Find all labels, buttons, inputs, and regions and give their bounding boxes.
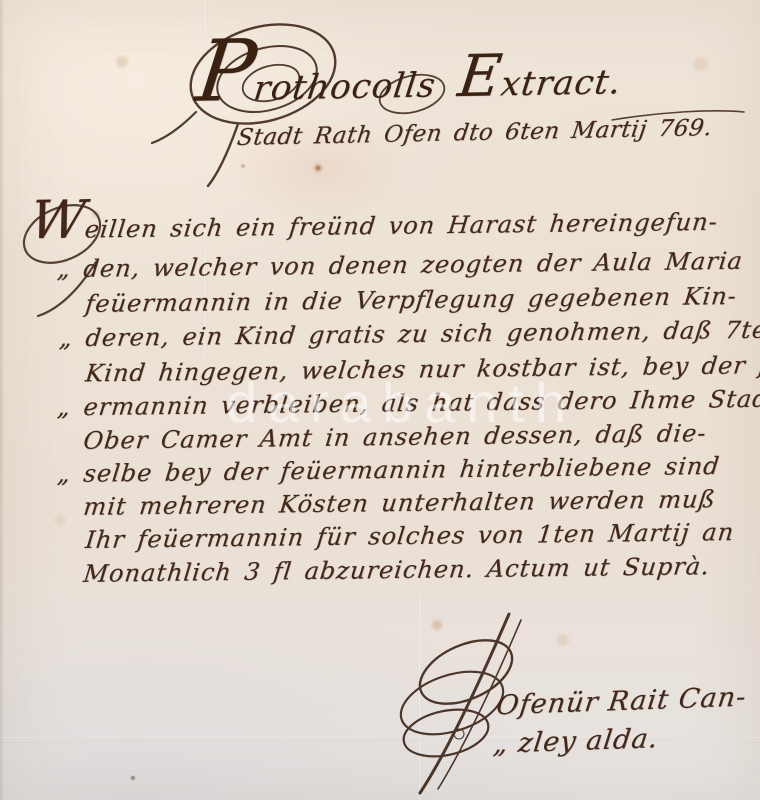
manuscript-line: feüermannin in die Verpflegung gegebenen… [84,282,738,318]
paper-edge-shadow [0,0,4,800]
manuscript-line: „ ermannin verbleiben, als hat dass dero… [56,385,760,422]
manuscript-line: „ den, welcher von denen zeogten der Aul… [56,247,744,283]
manuscript-line: Ober Camer Amt in ansehen dessen, daß di… [82,419,708,455]
dateline: Stadt Rath Ofen dto 6ten Martij 769. [235,115,713,151]
signature-line-2: „ zley alda. [492,723,661,760]
manuscript-line: Weillen sich ein freünd von Harast herei… [28,208,719,244]
manuscript-line: Kind hingegen, welches nur kostbar ist, … [84,351,760,388]
manuscript-line: Monathlich 3 fl abzureichen. Actum ut Su… [82,552,711,588]
signature-line-1: Ofenür Rait Can- [494,682,748,722]
manuscript-line: „ selbe bey der feüermannin hinterbliebe… [56,452,721,488]
manuscript-line: mit mehreren Kösten unterhalten werden m… [82,485,717,521]
manuscript-line: „ deren, ein Kind gratis zu sich genohme… [58,316,760,353]
manuscript-page: ProthocollsExtract. Stadt Rath Ofen dto … [0,0,760,800]
title-word-extract: Extract. [455,62,623,105]
vertical-fold-crease-bottom [418,596,421,800]
title-word-prothocolls: Prothocolls [193,66,438,110]
document-title: ProthocollsExtract. [193,62,624,109]
manuscript-line: Ihr feüermannin für solches von 1ten Mar… [84,518,736,554]
